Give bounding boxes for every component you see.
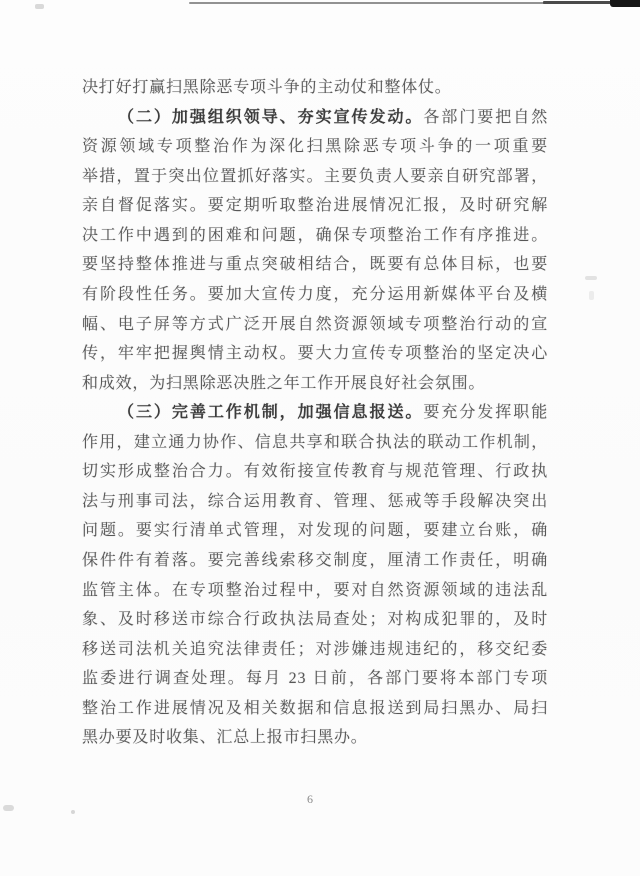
text-line: 有阶段性任务。要加大宣传力度，充分运用新媒体平台及横 bbox=[82, 280, 548, 310]
text-line: 监管主体。在专项整治过程中，要对自然资源领域的违法乱 bbox=[82, 576, 548, 606]
page-number: 6 bbox=[0, 792, 620, 807]
text-line: 决工作中遇到的困难和问题，确保专项整治工作有序推进。 bbox=[82, 221, 548, 251]
text-line: 幅、电子屏等方式广泛开展自然资源领域专项整治行动的宣 bbox=[82, 310, 548, 340]
text-line: 资源领域专项整治作为深化扫黑除恶专项斗争的一项重要 bbox=[82, 132, 548, 162]
text-line: 黑办要及时收集、汇总上报市扫黑办。 bbox=[82, 723, 548, 753]
scan-artifact-speck bbox=[35, 4, 44, 9]
text-line: 整治工作进展情况及相关数据和信息报送到局扫黑办、局扫 bbox=[82, 694, 548, 724]
section-heading: （二）加强组织领导、夯实宣传发动。 bbox=[118, 109, 423, 126]
scan-artifact-top-right-blob bbox=[610, 0, 640, 7]
document-body: 决打好打赢扫黑除恶专项斗争的主动仗和整体仗。（二）加强组织领导、夯实宣传发动。各… bbox=[82, 73, 548, 753]
text-line: 法与刑事司法，综合运用教育、管理、惩戒等手段解决突出 bbox=[82, 487, 548, 517]
paragraph-first-line: （二）加强组织领导、夯实宣传发动。各部门要把自然 bbox=[82, 103, 548, 133]
text-line: 象、及时移送市综合行政执法局查处；对构成犯罪的，及时 bbox=[82, 605, 548, 635]
text-line: 监委进行调查处理。每月 23 日前，各部门要将本部门专项 bbox=[82, 664, 548, 694]
text-line: 和成效，为扫黑除恶决胜之年工作开展良好社会氛围。 bbox=[82, 369, 548, 399]
text-line: 移送司法机关追究法律责任；对涉嫌违规违纪的，移交纪委 bbox=[82, 635, 548, 665]
scan-artifact-speck bbox=[589, 291, 594, 300]
text-line: 作用，建立通力协作、信息共享和联合执法的联动工作机制， bbox=[82, 428, 548, 458]
section-heading: （三）完善工作机制，加强信息报送。 bbox=[118, 404, 423, 421]
scan-artifact-top-edge-line bbox=[189, 2, 549, 4]
text-line: 举措，置于突出位置抓好落实。主要负责人要亲自研究部署， bbox=[82, 162, 548, 192]
scanned-document-page: 决打好打赢扫黑除恶专项斗争的主动仗和整体仗。（二）加强组织领导、夯实宣传发动。各… bbox=[0, 0, 640, 876]
paragraph-first-line: （三）完善工作机制，加强信息报送。要充分发挥职能 bbox=[82, 398, 548, 428]
text-line: 切实形成整治合力。有效衔接宣传教育与规范管理、行政执 bbox=[82, 457, 548, 487]
scan-artifact-top-edge-line-dark bbox=[543, 1, 615, 4]
text-line: 传，牢牢把握舆情主动权。要大力宣传专项整治的坚定决心 bbox=[82, 339, 548, 369]
text-line: 决打好打赢扫黑除恶专项斗争的主动仗和整体仗。 bbox=[82, 73, 548, 103]
text-line: 亲自督促落实。要定期听取整治进展情况汇报，及时研究解 bbox=[82, 191, 548, 221]
text-line: 保件件有着落。要完善线索移交制度，厘清工作责任，明确 bbox=[82, 546, 548, 576]
scan-artifact-speck bbox=[71, 810, 75, 814]
text-line: 问题。要实行清单式管理，对发现的问题，要建立台账，确 bbox=[82, 516, 548, 546]
scan-artifact-speck bbox=[585, 276, 597, 280]
text-line: 要坚持整体推进与重点突破相结合，既要有总体目标，也要 bbox=[82, 250, 548, 280]
